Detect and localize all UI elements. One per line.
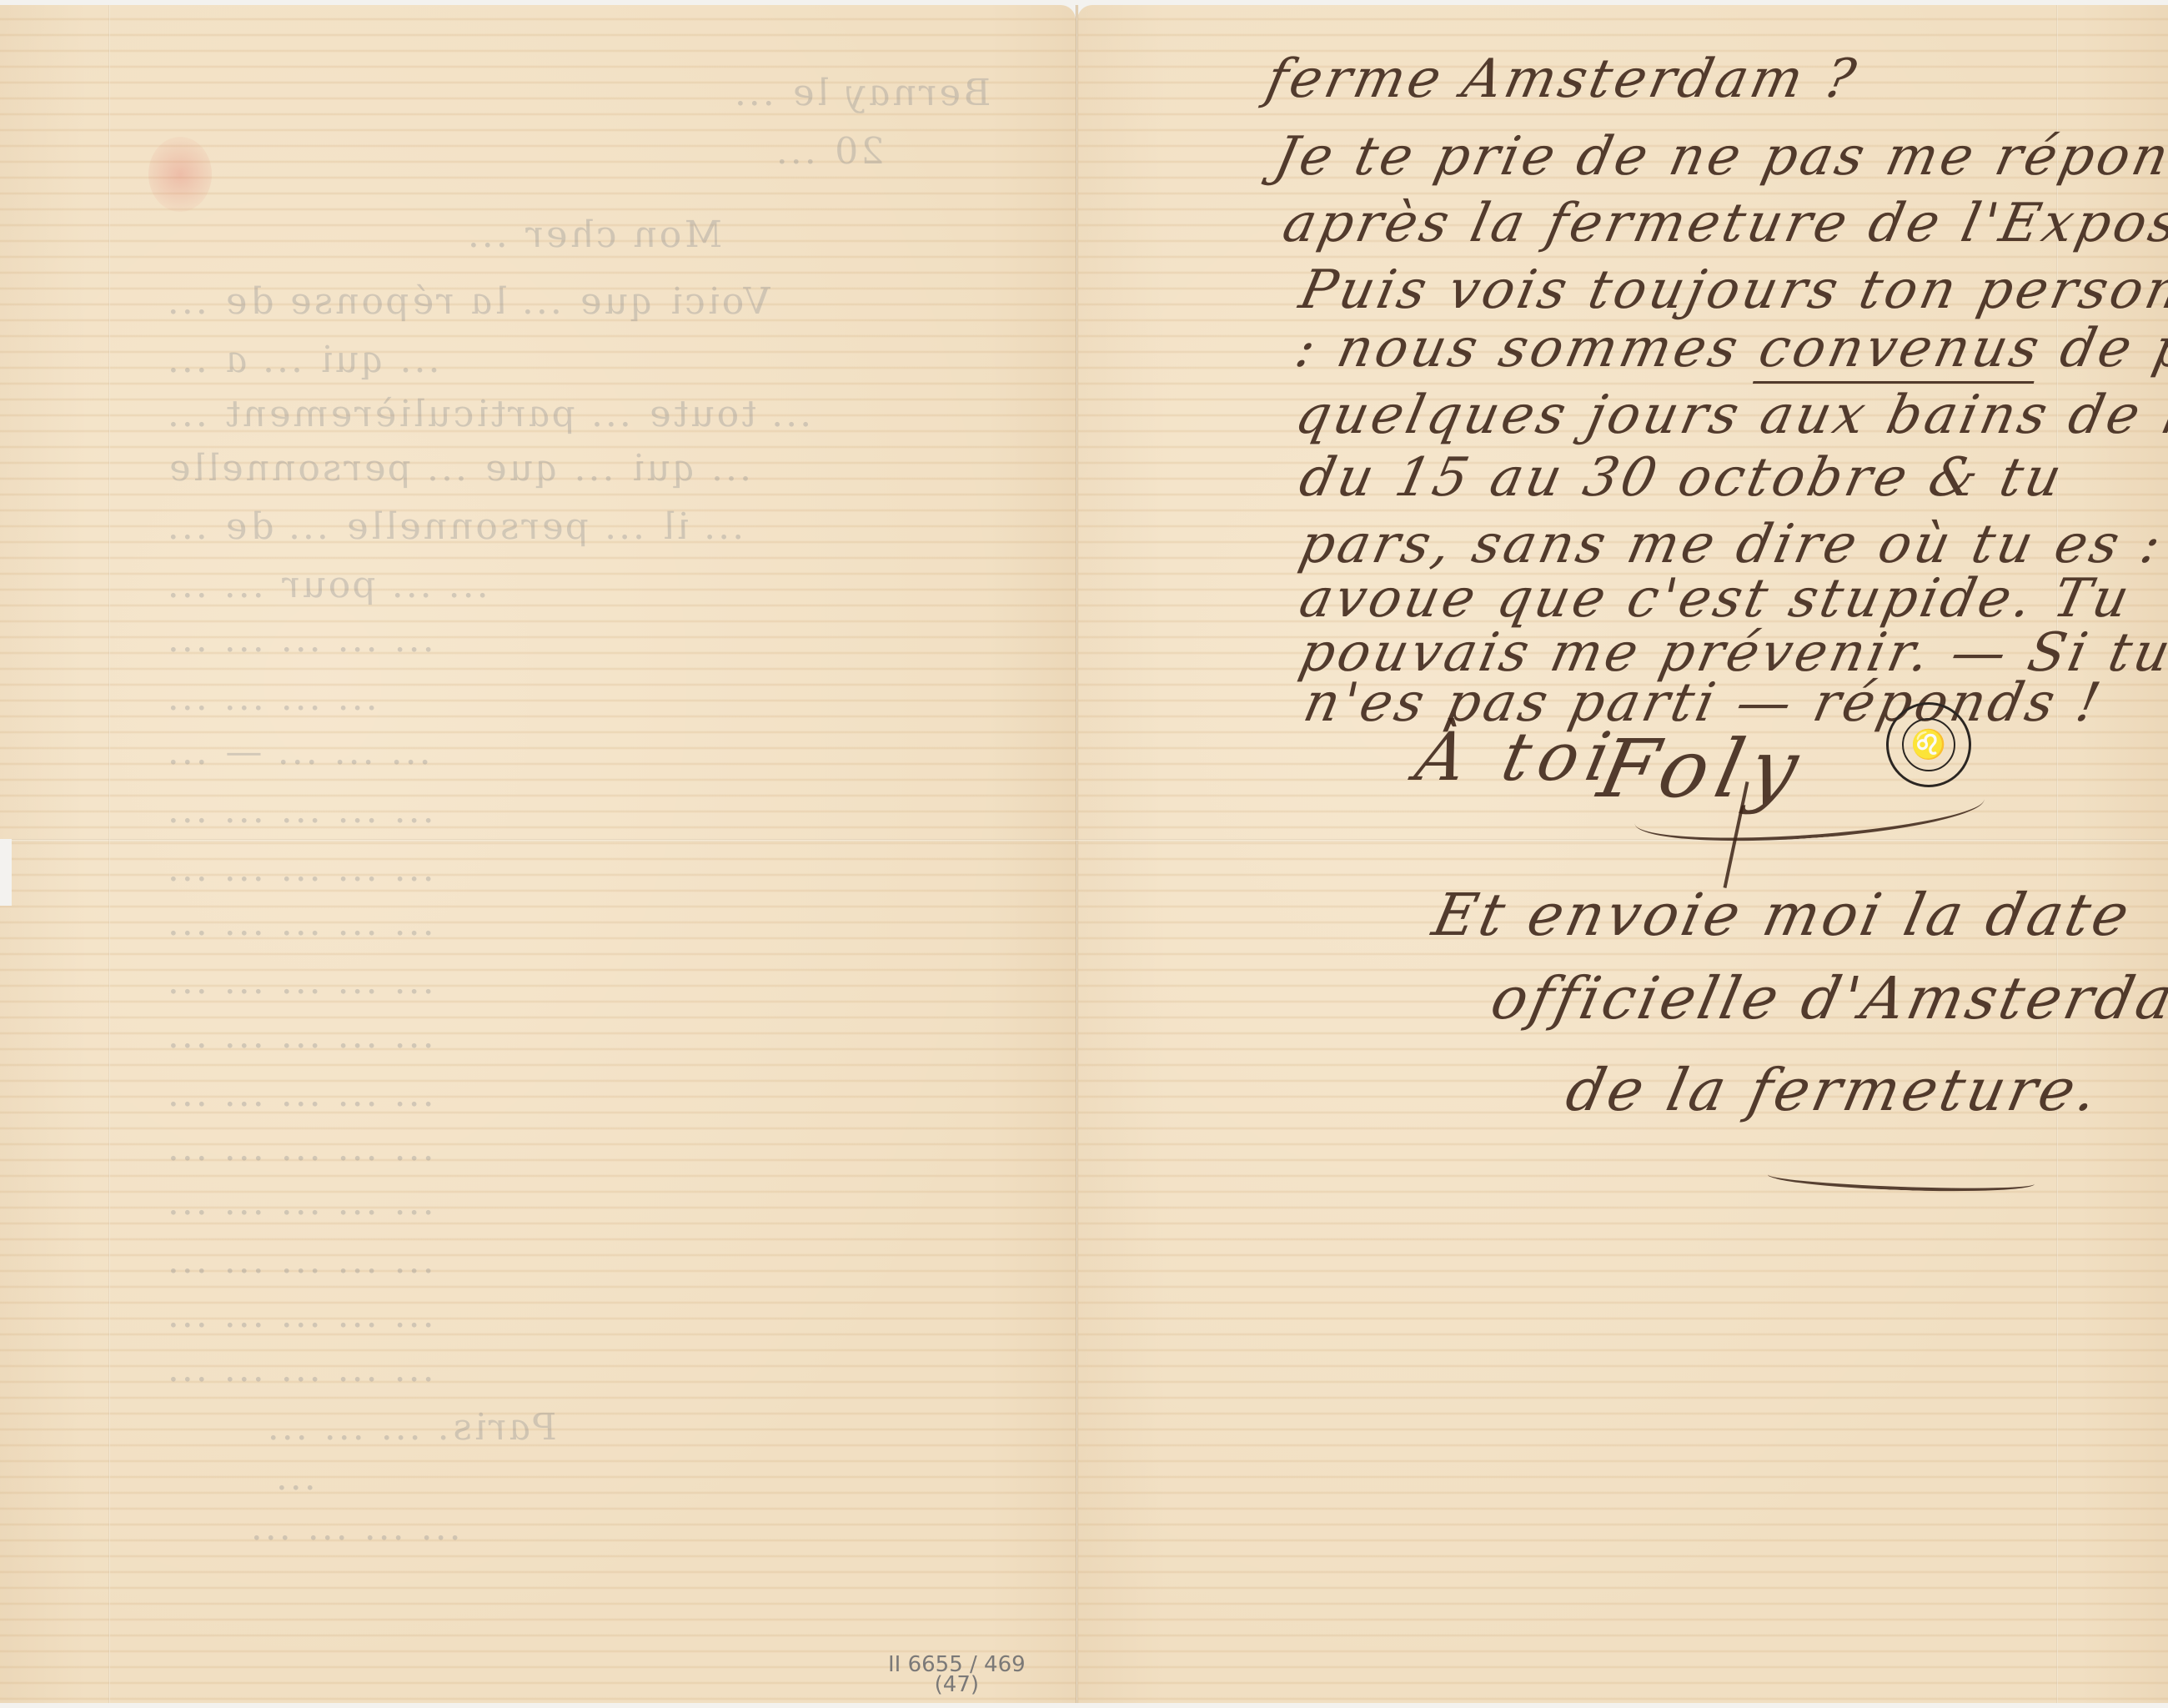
letter-line: pars, sans me dire où tu es : xyxy=(1294,514,2168,575)
letter-line: avoue que c'est stupide. Tu xyxy=(1294,568,2137,630)
ghost-line: Paris. ... ... ... xyxy=(263,1406,560,1449)
ghost-line: ... ... ... ... ... xyxy=(163,1181,440,1223)
library-stamp: ♌ BIBLIOTHÈQUE ROYALE DE BELGIQUE xyxy=(1886,702,1971,787)
letter-line: du 15 au 30 octobre & tu xyxy=(1294,447,2070,509)
ghost-line: ... xyxy=(272,1456,322,1499)
ghost-line: ... ... ... ... ... xyxy=(163,1294,440,1336)
underlined-word: convenus xyxy=(1754,318,2048,379)
letter-line-part: de passer xyxy=(2035,318,2168,379)
letter-line: : nous sommes convenus de passer xyxy=(1290,318,2168,379)
postscript-line: de la fermeture. xyxy=(1560,1056,2106,1124)
ghost-line: ... ... ... ... ... xyxy=(163,789,440,831)
ghost-line: ... qui ... a ... xyxy=(163,339,446,381)
letter-line: ferme Amsterdam ? xyxy=(1261,48,1864,110)
letter-line: Puis vois toujours ton personnalisme xyxy=(1294,259,2168,321)
letter-line-part: : nous sommes xyxy=(1290,318,1767,379)
ghost-line: ... ... ... — ... xyxy=(163,731,437,773)
closing: À toi xyxy=(1409,718,1625,796)
postscript-line: officielle d'Amsterdam xyxy=(1485,964,2168,1032)
red-stamp-icon xyxy=(148,137,212,212)
archive-reference: II 6655 / 469 (47) xyxy=(888,1655,1026,1695)
archive-reference-folio: (47) xyxy=(888,1675,1026,1695)
ghost-line: ... ... ... ... ... xyxy=(163,960,440,1002)
ghost-header: 20 ... xyxy=(772,130,888,173)
ghost-line: ... ... ... ... ... xyxy=(163,1127,440,1169)
ghost-line: Mon cher ... xyxy=(464,213,726,256)
letter-line: après la fermeture de l'Exposition. xyxy=(1277,193,2168,254)
ghost-line: ... qui ... que ... personnelle xyxy=(163,447,757,490)
letter-line: Je te prie de ne pas me répondre xyxy=(1269,126,2168,188)
ghost-line: ... ... ... ... ... xyxy=(163,1014,440,1057)
left-edge-crease xyxy=(108,5,110,1703)
ghost-line: ... ... ... ... ... xyxy=(163,1348,440,1390)
ghost-line: ... toute ... particulièrement ... xyxy=(163,393,817,435)
ghost-line: ... ... ... ... ... xyxy=(163,618,440,661)
torn-edge xyxy=(0,839,12,906)
ghost-line: ... ... ... ... ... xyxy=(163,847,440,890)
lion-emblem-icon: ♌ xyxy=(1902,718,1955,771)
ghost-line: ... ... ... ... ... xyxy=(163,902,440,944)
ghost-header: Bernay le ... xyxy=(730,72,995,114)
ghost-line: ... ... pour ... ... xyxy=(163,564,494,606)
ghost-line: ... ... ... ... ... xyxy=(163,1073,440,1115)
ghost-line: ... il ... personnelle ... de ... xyxy=(163,505,750,548)
postscript-line: Et envoie moi la date xyxy=(1427,881,2138,949)
letter-scan: Bernay le ... 20 ... Mon cher ... Voici … xyxy=(0,5,2168,1703)
center-fold xyxy=(1076,5,1078,1703)
ghost-line: ... ... ... ... ... xyxy=(163,1239,440,1282)
ghost-line: ... ... ... ... xyxy=(163,676,384,719)
horizontal-crease xyxy=(0,839,2168,841)
ghost-line: Voici que ... la réponse de ... xyxy=(163,280,775,323)
ghost-line: ... ... ... ... xyxy=(247,1506,467,1549)
library-stamp-text: BIBLIOTHÈQUE ROYALE DE BELGIQUE xyxy=(1864,788,1994,806)
letter-line: quelques jours aux bains de mer xyxy=(1290,384,2168,446)
